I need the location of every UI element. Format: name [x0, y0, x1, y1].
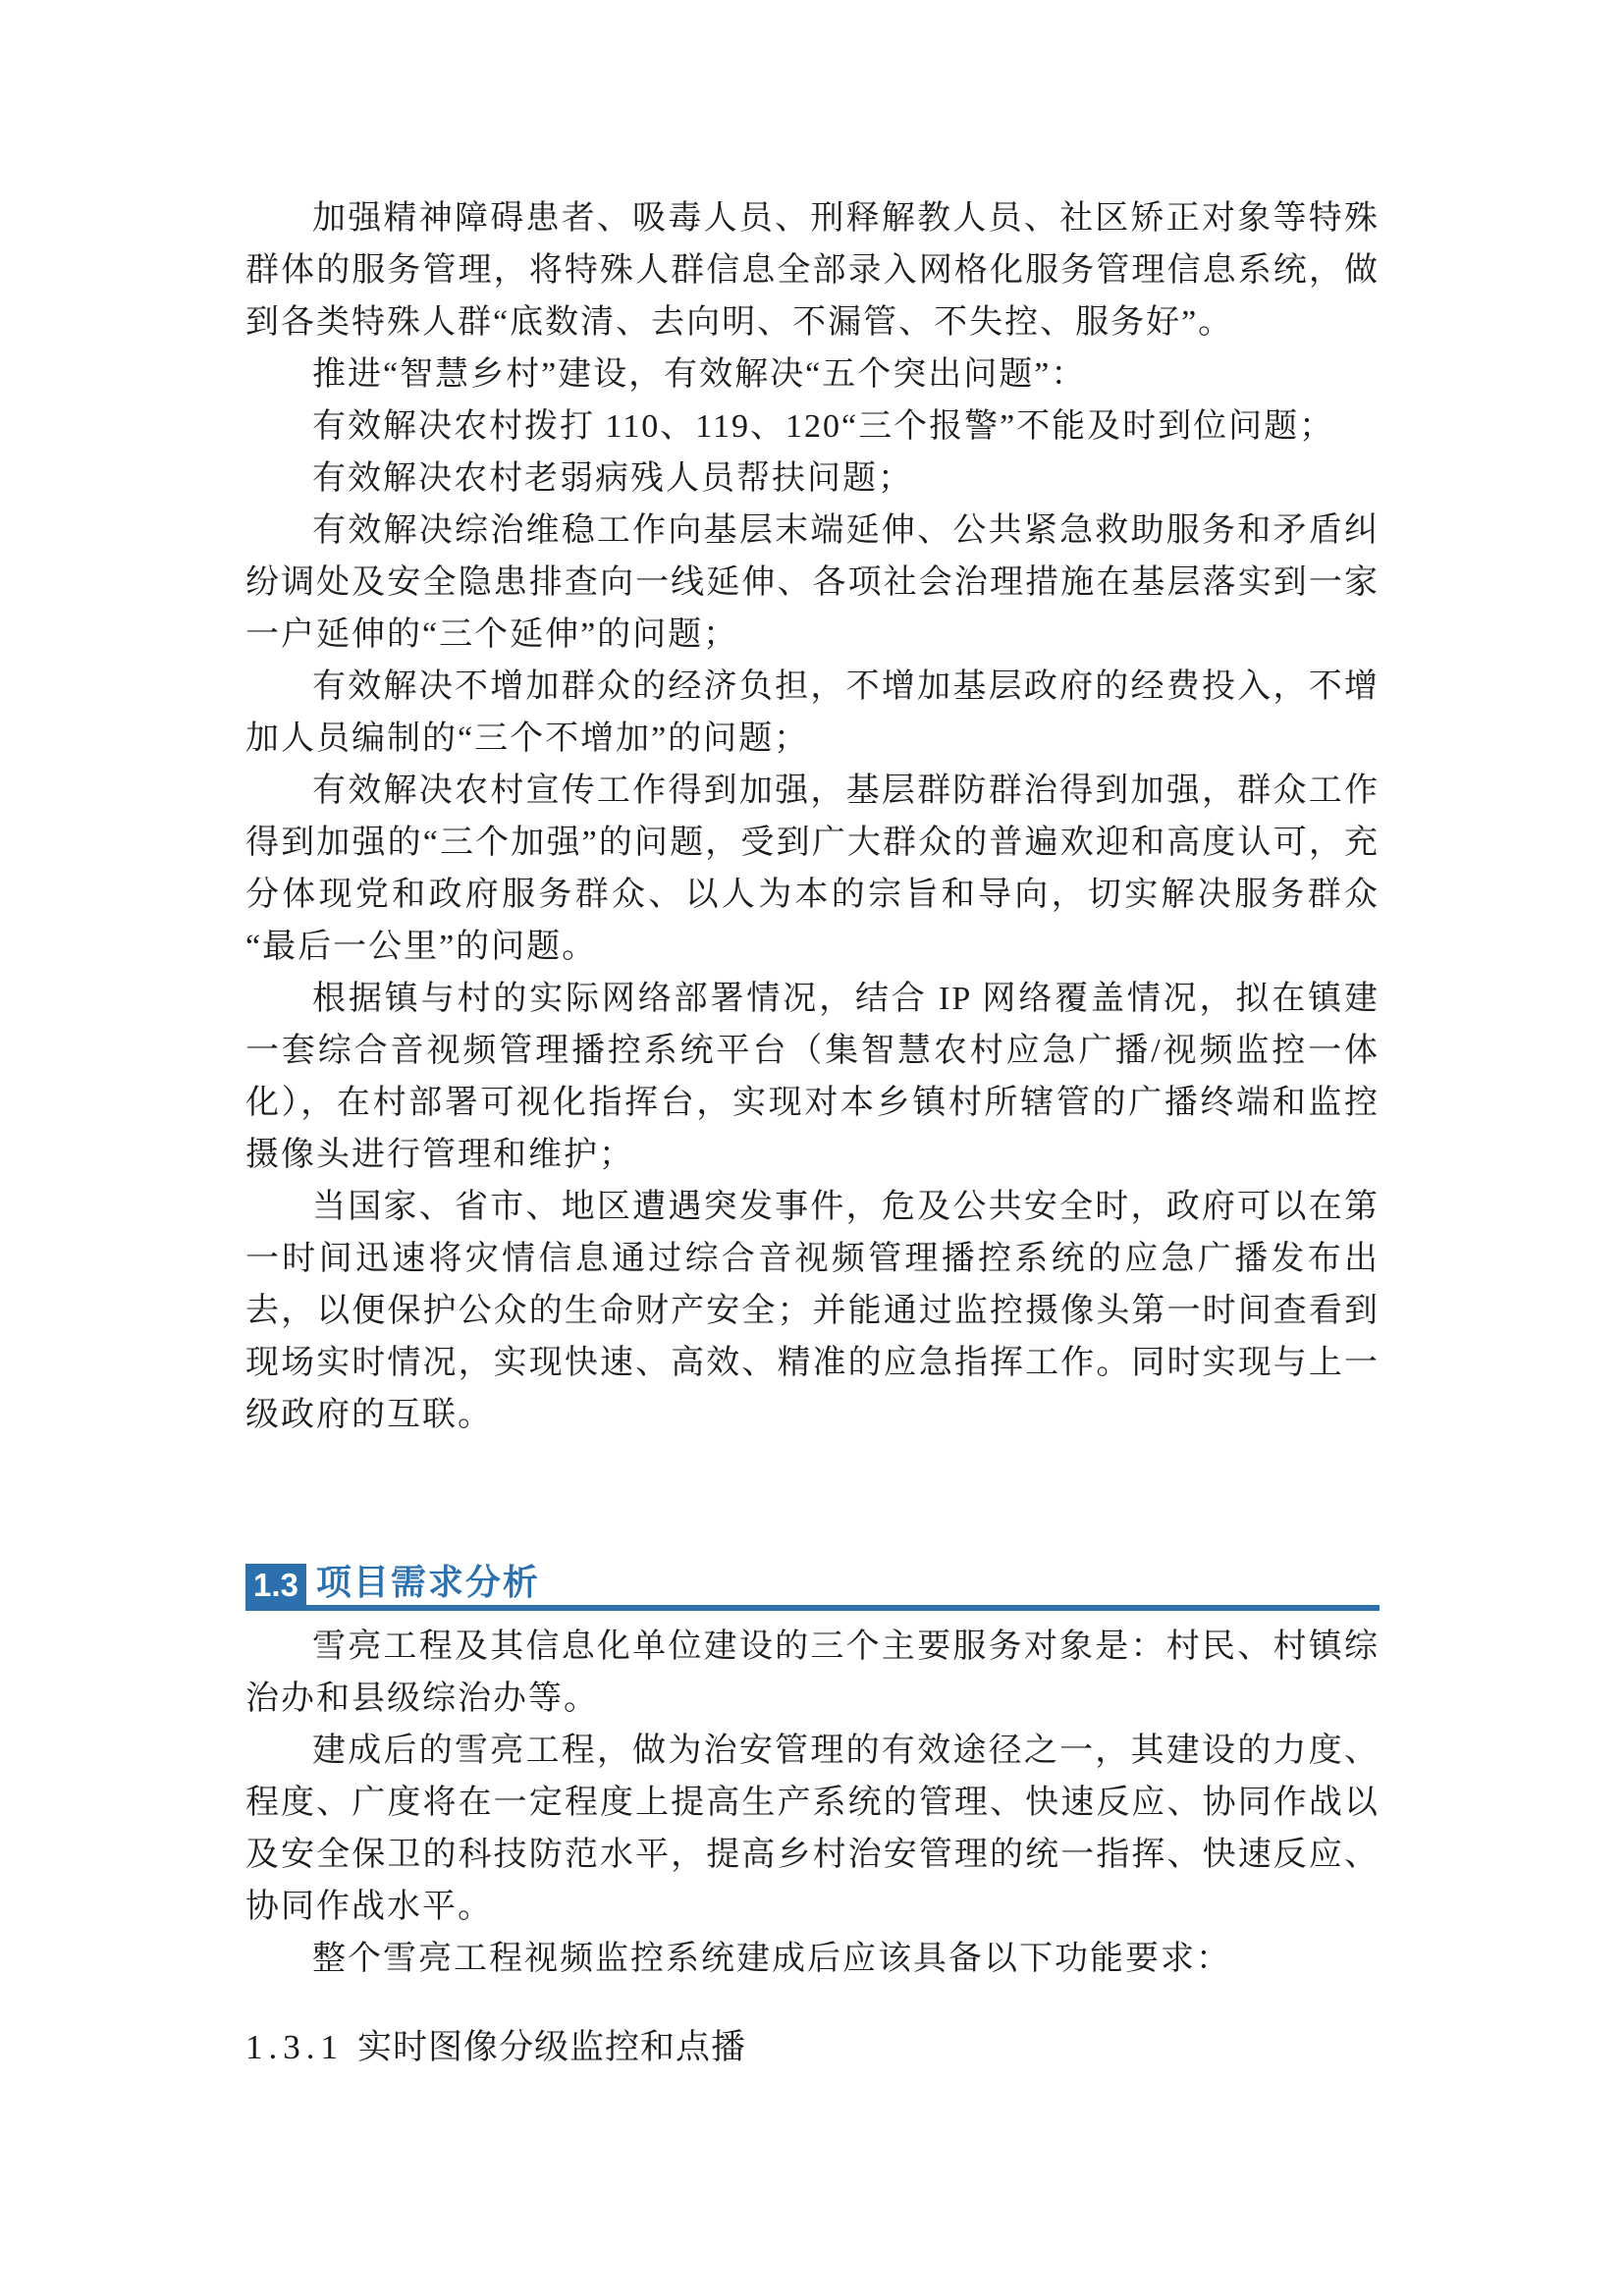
body-paragraph: 雪亮工程及其信息化单位建设的三个主要服务对象是：村民、村镇综治办和县级综治办等。 [245, 1621, 1380, 1725]
body-paragraph: 推进“智慧乡村”建设，有效解决“五个突出问题”： [245, 348, 1380, 400]
body-paragraph: 加强精神障碍患者、吸毒人员、刑释解教人员、社区矫正对象等特殊群体的服务管理，将特… [245, 192, 1380, 348]
subsection-heading-1-3-1: 1.3.1实时图像分级监控和点播 [245, 2028, 1380, 2067]
section-title: 项目需求分析 [316, 1564, 540, 1605]
section-heading-1-3: 1.3 项目需求分析 [245, 1564, 1380, 1611]
body-paragraph: 建成后的雪亮工程，做为治安管理的有效途径之一，其建设的力度、程度、广度将在一定程… [245, 1725, 1380, 1933]
document-page: 加强精神障碍患者、吸毒人员、刑释解教人员、社区矫正对象等特殊群体的服务管理，将特… [0, 0, 1624, 2296]
body-paragraph: 当国家、省市、地区遭遇突发事件，危及公共安全时，政府可以在第一时间迅速将灾情信息… [245, 1181, 1380, 1441]
body-paragraph: 根据镇与村的实际网络部署情况，结合 IP 网络覆盖情况，拟在镇建一套综合音视频管… [245, 973, 1380, 1181]
body-paragraph: 有效解决不增加群众的经济负担，不增加基层政府的经费投入，不增加人员编制的“三个不… [245, 661, 1380, 765]
section-number-badge: 1.3 [245, 1564, 306, 1605]
body-paragraph: 有效解决农村宣传工作得到加强，基层群防群治得到加强，群众工作得到加强的“三个加强… [245, 765, 1380, 973]
subsection-number: 1.3.1 [245, 2028, 344, 2066]
body-paragraph: 有效解决综治维稳工作向基层末端延伸、公共紧急救助服务和矛盾纠纷调处及安全隐患排查… [245, 505, 1380, 661]
body-paragraph: 有效解决农村拨打 110、119、120“三个报警”不能及时到位问题； [245, 400, 1380, 453]
subsection-title: 实时图像分级监控和点播 [357, 2028, 746, 2066]
body-paragraph: 整个雪亮工程视频监控系统建成后应该具备以下功能要求： [245, 1933, 1380, 1985]
body-paragraph: 有效解决农村老弱病残人员帮扶问题； [245, 453, 1380, 505]
